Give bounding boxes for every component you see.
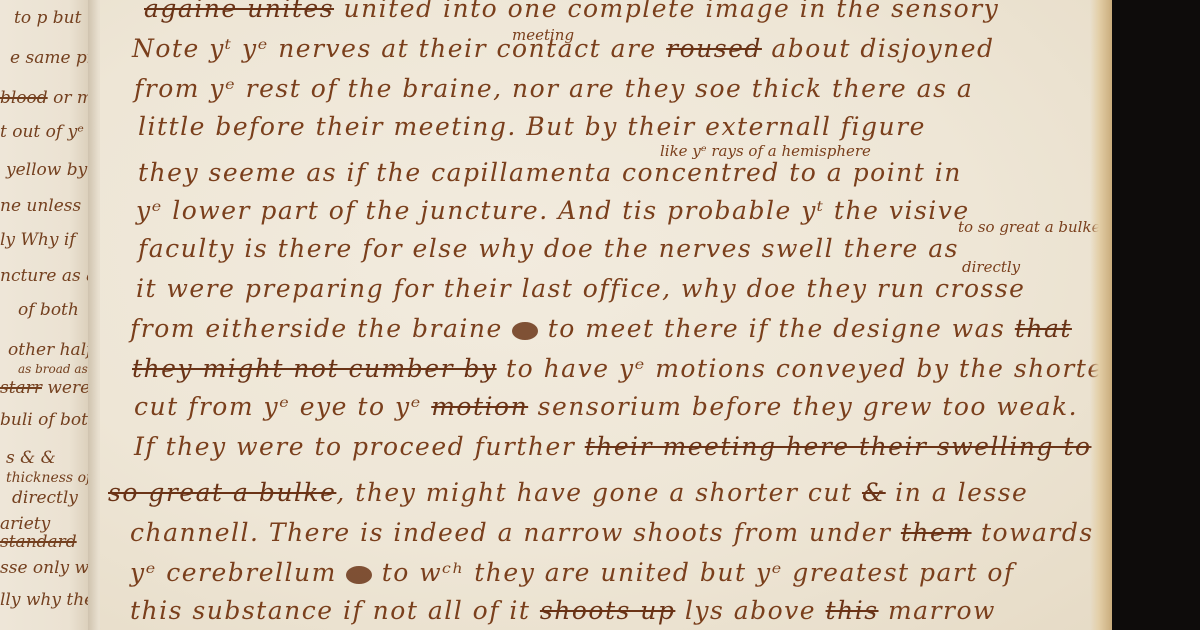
manuscript-line: so great a bulke, they might have gone a… <box>108 478 1028 507</box>
margin-fragment: blood or most <box>0 88 92 108</box>
manuscript-scan: to p but e same pipes blood or most t ou… <box>0 0 1200 630</box>
manuscript-line: channell. There is indeed a narrow shoot… <box>130 518 1094 547</box>
margin-fragment: of both <box>18 300 79 320</box>
margin-fragment: ncture as a <box>0 266 92 286</box>
page-edge <box>1090 0 1112 630</box>
margin-fragment: to p but <box>14 8 81 28</box>
margin-fragment: lly why the <box>0 590 92 610</box>
margin-fragment: sse only we <box>0 558 92 578</box>
margin-fragment: standard <box>0 532 77 552</box>
margin-fragment: t out of yᵉ <box>0 122 84 142</box>
manuscript-line: yᵉ lower part of the juncture. And tis p… <box>136 196 970 225</box>
margin-fragment: thickness of <box>6 470 91 486</box>
manuscript-line: from eitherside the braine to meet there… <box>130 314 1072 343</box>
interlinear-insertion: to so great a bulke <box>958 218 1100 236</box>
manuscript-line: little before their meeting. But by thei… <box>138 112 926 141</box>
manuscript-page: againe unites united into one complete i… <box>100 0 1112 630</box>
margin-fragment: starr were <box>0 378 90 398</box>
margin-fragment: ne unless <box>0 196 81 216</box>
manuscript-line: If they were to proceed further their me… <box>134 432 1092 461</box>
manuscript-line: they seeme as if the capillamenta concen… <box>138 158 962 187</box>
margin-fragment: s & & <box>6 448 56 468</box>
margin-fragment: buli of both <box>0 410 92 430</box>
ink-blot <box>346 566 372 584</box>
background-cloth <box>1112 0 1200 630</box>
margin-fragment: directly <box>12 488 78 508</box>
manuscript-line: from yᵉ rest of the braine, nor are they… <box>134 74 973 103</box>
manuscript-line: it were preparing for their last office,… <box>136 274 1025 303</box>
margin-fragment: ariety <box>0 514 50 534</box>
ink-blot <box>512 322 538 340</box>
manuscript-line: this substance if not all of it shoots u… <box>130 596 996 625</box>
manuscript-line: they might not cumber by to have yᵉ moti… <box>132 354 1112 383</box>
manuscript-line: faculty is there for else why doe the ne… <box>138 234 959 263</box>
manuscript-line: cut from yᵉ eye to yᵉ motion sensorium b… <box>134 392 1078 421</box>
margin-fragment: ly Why if <box>0 230 76 250</box>
left-page-fragment: to p but e same pipes blood or most t ou… <box>0 0 92 630</box>
manuscript-line: againe unites united into one complete i… <box>144 0 999 23</box>
margin-fragment: as broad as <box>18 362 88 376</box>
margin-fragment: other half <box>8 340 92 360</box>
manuscript-line: Note yᵗ yᵉ nerves at their contact are r… <box>132 34 995 63</box>
margin-fragment: yellow by <box>6 160 87 180</box>
manuscript-line: yᵉ cerebrellum to wᶜʰ they are united bu… <box>130 558 1015 587</box>
margin-fragment: e same pipes <box>10 48 92 68</box>
